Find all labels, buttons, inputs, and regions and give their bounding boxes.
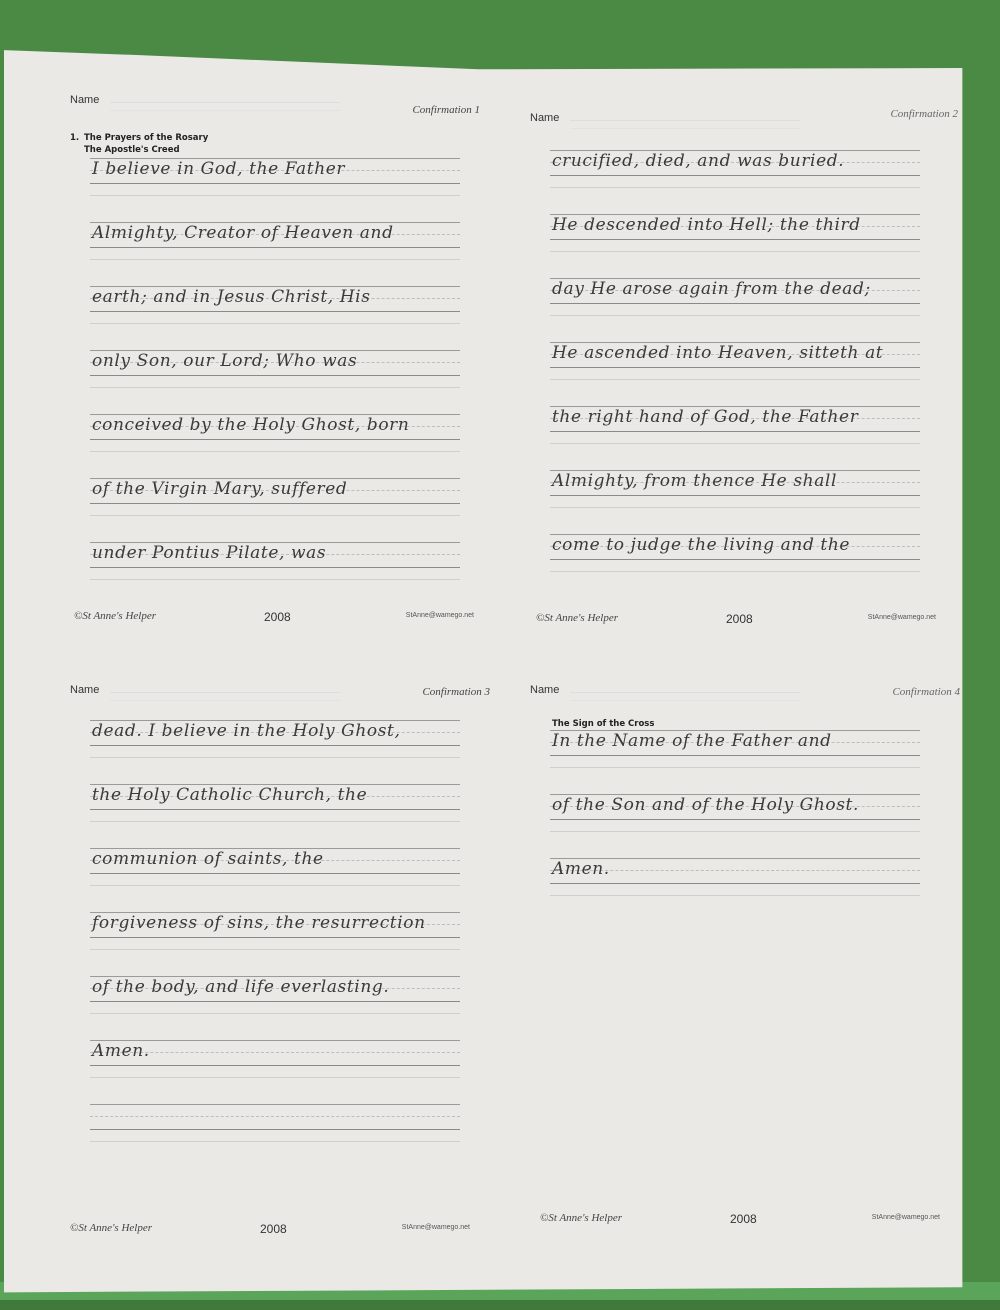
handwriting-row: crucified, died, and was buried. — [550, 150, 920, 214]
handwriting-row: Amen. — [90, 1040, 460, 1104]
page-label: Confirmation 1 — [412, 104, 480, 116]
copyright: ©St Anne's Helper — [536, 612, 618, 624]
cursive-line: In the Name of the Father and — [552, 731, 832, 751]
handwriting-row — [90, 1104, 460, 1168]
section-number: 1. — [70, 132, 84, 144]
name-field-line[interactable] — [570, 120, 800, 121]
page-header: Name Confirmation 4 — [530, 680, 950, 710]
cursive-line: forgiveness of sins, the resurrection — [92, 913, 426, 933]
cursive-line: under Pontius Pilate, was — [92, 543, 326, 563]
name-field-guide — [570, 700, 800, 701]
footer-year: 2008 — [260, 1222, 287, 1236]
cursive-line: of the body, and life everlasting. — [92, 977, 389, 997]
handwriting-row: the Holy Catholic Church, the — [90, 784, 460, 848]
handwriting-row: of the Virgin Mary, suffered — [90, 478, 460, 542]
handwriting-row: Almighty, Creator of Heaven and — [90, 222, 460, 286]
name-field-line[interactable] — [110, 102, 340, 103]
handwriting-row: Amen. — [550, 858, 920, 922]
name-label: Name — [530, 684, 559, 696]
cursive-line: dead. I believe in the Holy Ghost, — [92, 721, 401, 741]
name-field-guide — [110, 110, 340, 111]
handwriting-row: dead. I believe in the Holy Ghost, — [90, 720, 460, 784]
name-label: Name — [70, 684, 99, 696]
handwriting-row: I believe in God, the Father — [90, 158, 460, 222]
cursive-line: crucified, died, and was buried. — [552, 151, 844, 171]
cursive-line: Amen. — [92, 1041, 150, 1061]
worksheet-page-3: Name Confirmation 3 dead. I believe in t… — [70, 680, 490, 1168]
footer-year: 2008 — [730, 1212, 757, 1226]
cursive-line: Almighty, Creator of Heaven and — [92, 223, 394, 243]
copyright: ©St Anne's Helper — [540, 1212, 622, 1224]
cursive-line: the right hand of God, the Father — [552, 407, 858, 427]
copyright: ©St Anne's Helper — [70, 1222, 152, 1234]
cursive-line: He descended into Hell; the third — [552, 215, 861, 235]
page-header: Name Confirmation 3 — [70, 680, 490, 710]
cursive-line: I believe in God, the Father — [92, 159, 345, 179]
handwriting-row: He descended into Hell; the third — [550, 214, 920, 278]
footer-email: StAnne@wamego.net — [406, 612, 474, 619]
handwriting-lines: crucified, died, and was buried. He desc… — [550, 150, 920, 598]
handwriting-row: In the Name of the Father and — [550, 730, 920, 794]
worksheet-page-1: Name Confirmation 1 1.The Prayers of the… — [70, 90, 490, 606]
cursive-line: communion of saints, the — [92, 849, 324, 869]
cursive-line: He ascended into Heaven, sitteth at — [552, 343, 883, 363]
footer-email: StAnne@wamego.net — [872, 1214, 940, 1221]
handwriting-row: day He arose again from the dead; — [550, 278, 920, 342]
worksheet-page-4: Name Confirmation 4 The Sign of the Cros… — [530, 680, 950, 922]
name-label: Name — [70, 94, 99, 106]
name-field-line[interactable] — [110, 692, 340, 693]
cursive-line: Amen. — [552, 859, 610, 879]
name-field-guide — [110, 700, 340, 701]
cursive-line: the Holy Catholic Church, the — [92, 785, 367, 805]
handwriting-row: forgiveness of sins, the resurrection — [90, 912, 460, 976]
page-label: Confirmation 2 — [890, 108, 958, 120]
page-label: Confirmation 3 — [422, 686, 490, 698]
handwriting-lines: In the Name of the Father and of the Son… — [550, 730, 920, 922]
copyright: ©St Anne's Helper — [74, 610, 156, 622]
handwriting-lines: I believe in God, the Father Almighty, C… — [90, 158, 460, 606]
cursive-line: earth; and in Jesus Christ, His — [92, 287, 371, 307]
handwriting-lines: dead. I believe in the Holy Ghost, the H… — [90, 720, 460, 1168]
prayer-title: The Sign of the Cross — [552, 718, 950, 730]
section-title: 1.The Prayers of the Rosary — [70, 132, 490, 144]
handwriting-row: of the Son and of the Holy Ghost. — [550, 794, 920, 858]
footer-year: 2008 — [264, 610, 291, 624]
handwriting-row: communion of saints, the — [90, 848, 460, 912]
folder-shadow — [0, 1300, 1000, 1310]
cursive-line: come to judge the living and the — [552, 535, 850, 555]
page-header: Name Confirmation 1 — [70, 90, 490, 120]
cursive-line: only Son, our Lord; Who was — [92, 351, 357, 371]
name-field-line[interactable] — [570, 692, 800, 693]
handwriting-row: Almighty, from thence He shall — [550, 470, 920, 534]
page-footer: ©St Anne's Helper 2008 StAnne@wamego.net — [540, 1212, 950, 1232]
cursive-line: of the Son and of the Holy Ghost. — [552, 795, 859, 815]
handwriting-row: He ascended into Heaven, sitteth at — [550, 342, 920, 406]
prayer-title: The Apostle's Creed — [84, 144, 490, 156]
page-footer: ©St Anne's Helper 2008 StAnne@wamego.net — [70, 1222, 480, 1242]
cursive-line: conceived by the Holy Ghost, born — [92, 415, 409, 435]
name-field-guide — [570, 128, 800, 129]
cursive-line: Almighty, from thence He shall — [552, 471, 837, 491]
page-footer: ©St Anne's Helper 2008 StAnne@wamego.net — [536, 612, 946, 632]
handwriting-row: the right hand of God, the Father — [550, 406, 920, 470]
footer-year: 2008 — [726, 612, 753, 626]
handwriting-row: only Son, our Lord; Who was — [90, 350, 460, 414]
handwriting-row: under Pontius Pilate, was — [90, 542, 460, 606]
handwriting-row: come to judge the living and the — [550, 534, 920, 598]
footer-email: StAnne@wamego.net — [868, 614, 936, 621]
worksheet-page-2: Name Confirmation 2 crucified, died, and… — [530, 108, 950, 598]
name-label: Name — [530, 112, 559, 124]
section-title-text: The Prayers of the Rosary — [84, 133, 208, 143]
handwriting-row: earth; and in Jesus Christ, His — [90, 286, 460, 350]
handwriting-row: conceived by the Holy Ghost, born — [90, 414, 460, 478]
page-footer: ©St Anne's Helper 2008 StAnne@wamego.net — [74, 610, 484, 630]
footer-email: StAnne@wamego.net — [402, 1224, 470, 1231]
page-header: Name Confirmation 2 — [530, 108, 950, 138]
cursive-line: of the Virgin Mary, suffered — [92, 479, 347, 499]
page-label: Confirmation 4 — [892, 686, 960, 698]
handwriting-row: of the body, and life everlasting. — [90, 976, 460, 1040]
cursive-line: day He arose again from the dead; — [552, 279, 871, 299]
